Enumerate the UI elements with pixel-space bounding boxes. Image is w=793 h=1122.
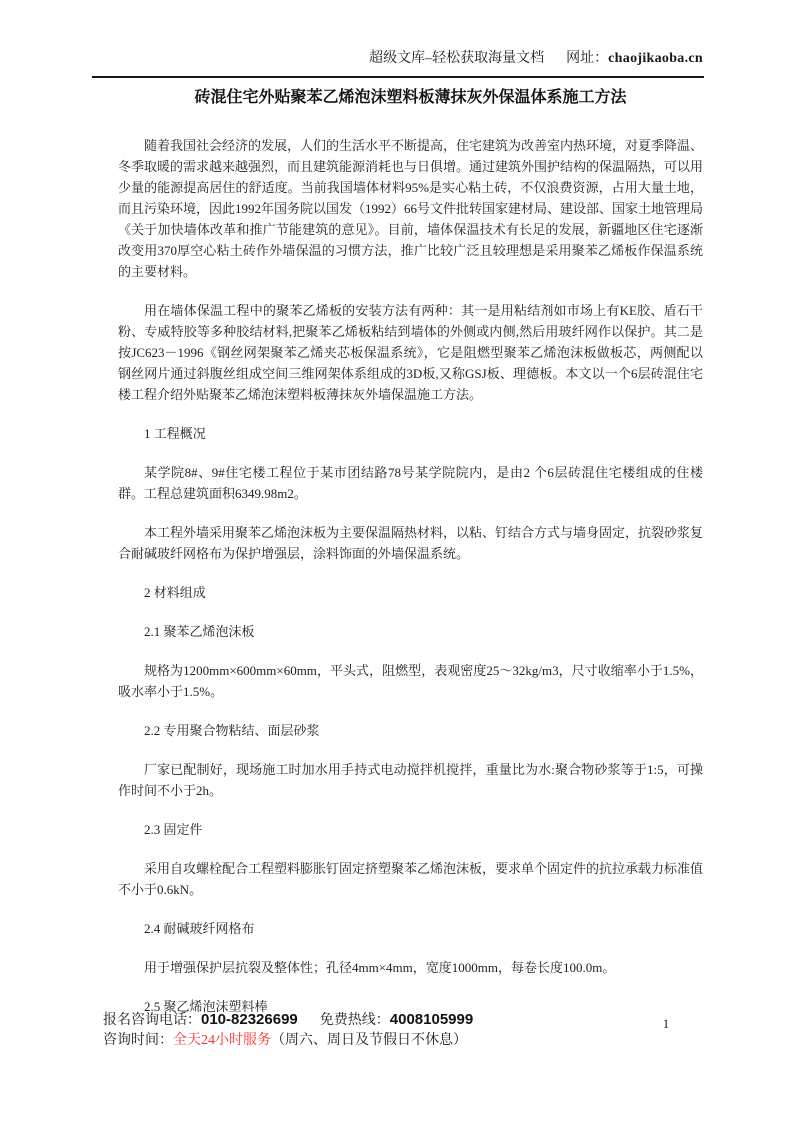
footer-hotline-label: 免费热线： — [320, 1013, 390, 1028]
footer-phone-number: 010-82326699 — [201, 1011, 298, 1028]
footer-hours-note: （周六、周日及节假日不休息） — [271, 1033, 467, 1048]
footer-hours-label: 咨询时间： — [103, 1033, 173, 1048]
header-divider — [92, 76, 704, 78]
paragraph: 本工程外墙采用聚苯乙烯泡沫板为主要保温隔热材料，以粘、钉结合方式与墙身固定，抗裂… — [118, 522, 703, 564]
page-number: 1 — [656, 1016, 676, 1032]
section-heading: 2.4 耐碱玻纤网格布 — [118, 918, 703, 939]
paragraph: 厂家已配制好，现场施工时加水用手持式电动搅拌机搅拌，重量比为水:聚合物砂浆等于1… — [118, 759, 703, 801]
paragraph: 随着我国社会经济的发展，人们的生活水平不断提高，住宅建筑为改善室内热环境，对夏季… — [118, 135, 703, 282]
footer-hotline-number: 4008105999 — [390, 1011, 473, 1028]
section-heading: 2.3 固定件 — [118, 819, 703, 840]
paragraph: 用在墙体保温工程中的聚苯乙烯板的安装方法有两种：其一是用粘结剂如市场上有KE胶、… — [118, 300, 703, 405]
page-header: 超级文库–轻松获取海量文档网址：chaojikaoba.cn — [92, 50, 703, 68]
paragraph: 某学院8#、9#住宅楼工程位于某市团结路78号某学院院内，是由2 个6层砖混住宅… — [118, 462, 703, 504]
document-title: 砖混住宅外贴聚苯乙烯泡沫塑料板薄抹灰外保温体系施工方法 — [118, 87, 703, 109]
page-footer: 报名咨询电话：010-82326699免费热线：4008105999 咨询时间：… — [103, 1010, 473, 1051]
section-heading: 1 工程概况 — [118, 423, 703, 444]
document-page: 超级文库–轻松获取海量文档网址：chaojikaoba.cn 砖混住宅外贴聚苯乙… — [0, 0, 793, 1122]
footer-phone-label: 报名咨询电话： — [103, 1013, 201, 1028]
footer-hours-line: 咨询时间：全天24小时服务（周六、周日及节假日不休息） — [103, 1031, 473, 1051]
header-url: chaojikaoba.cn — [608, 51, 703, 66]
section-heading: 2.1 聚苯乙烯泡沫板 — [118, 621, 703, 642]
header-url-label: 网址： — [566, 51, 608, 66]
paragraph: 用于增强保护层抗裂及整体性；孔径4mm×4mm，宽度1000mm，每卷长度100… — [118, 957, 703, 978]
section-heading: 2 材料组成 — [118, 582, 703, 603]
footer-hours-highlight: 全天24小时服务 — [173, 1033, 271, 1048]
paragraph: 采用自攻螺栓配合工程塑料膨胀钉固定挤塑聚苯乙烯泡沫板，要求单个固定件的抗拉承载力… — [118, 858, 703, 900]
paragraph: 规格为1200mm×600mm×60mm，平头式，阻燃型，表观密度25～32kg… — [118, 660, 703, 702]
footer-contact-line: 报名咨询电话：010-82326699免费热线：4008105999 — [103, 1010, 473, 1031]
document-body: 砖混住宅外贴聚苯乙烯泡沫塑料板薄抹灰外保温体系施工方法 随着我国社会经济的发展，… — [118, 87, 703, 1035]
section-heading: 2.2 专用聚合物粘结、面层砂浆 — [118, 720, 703, 741]
header-tagline: 超级文库–轻松获取海量文档 — [369, 51, 544, 66]
